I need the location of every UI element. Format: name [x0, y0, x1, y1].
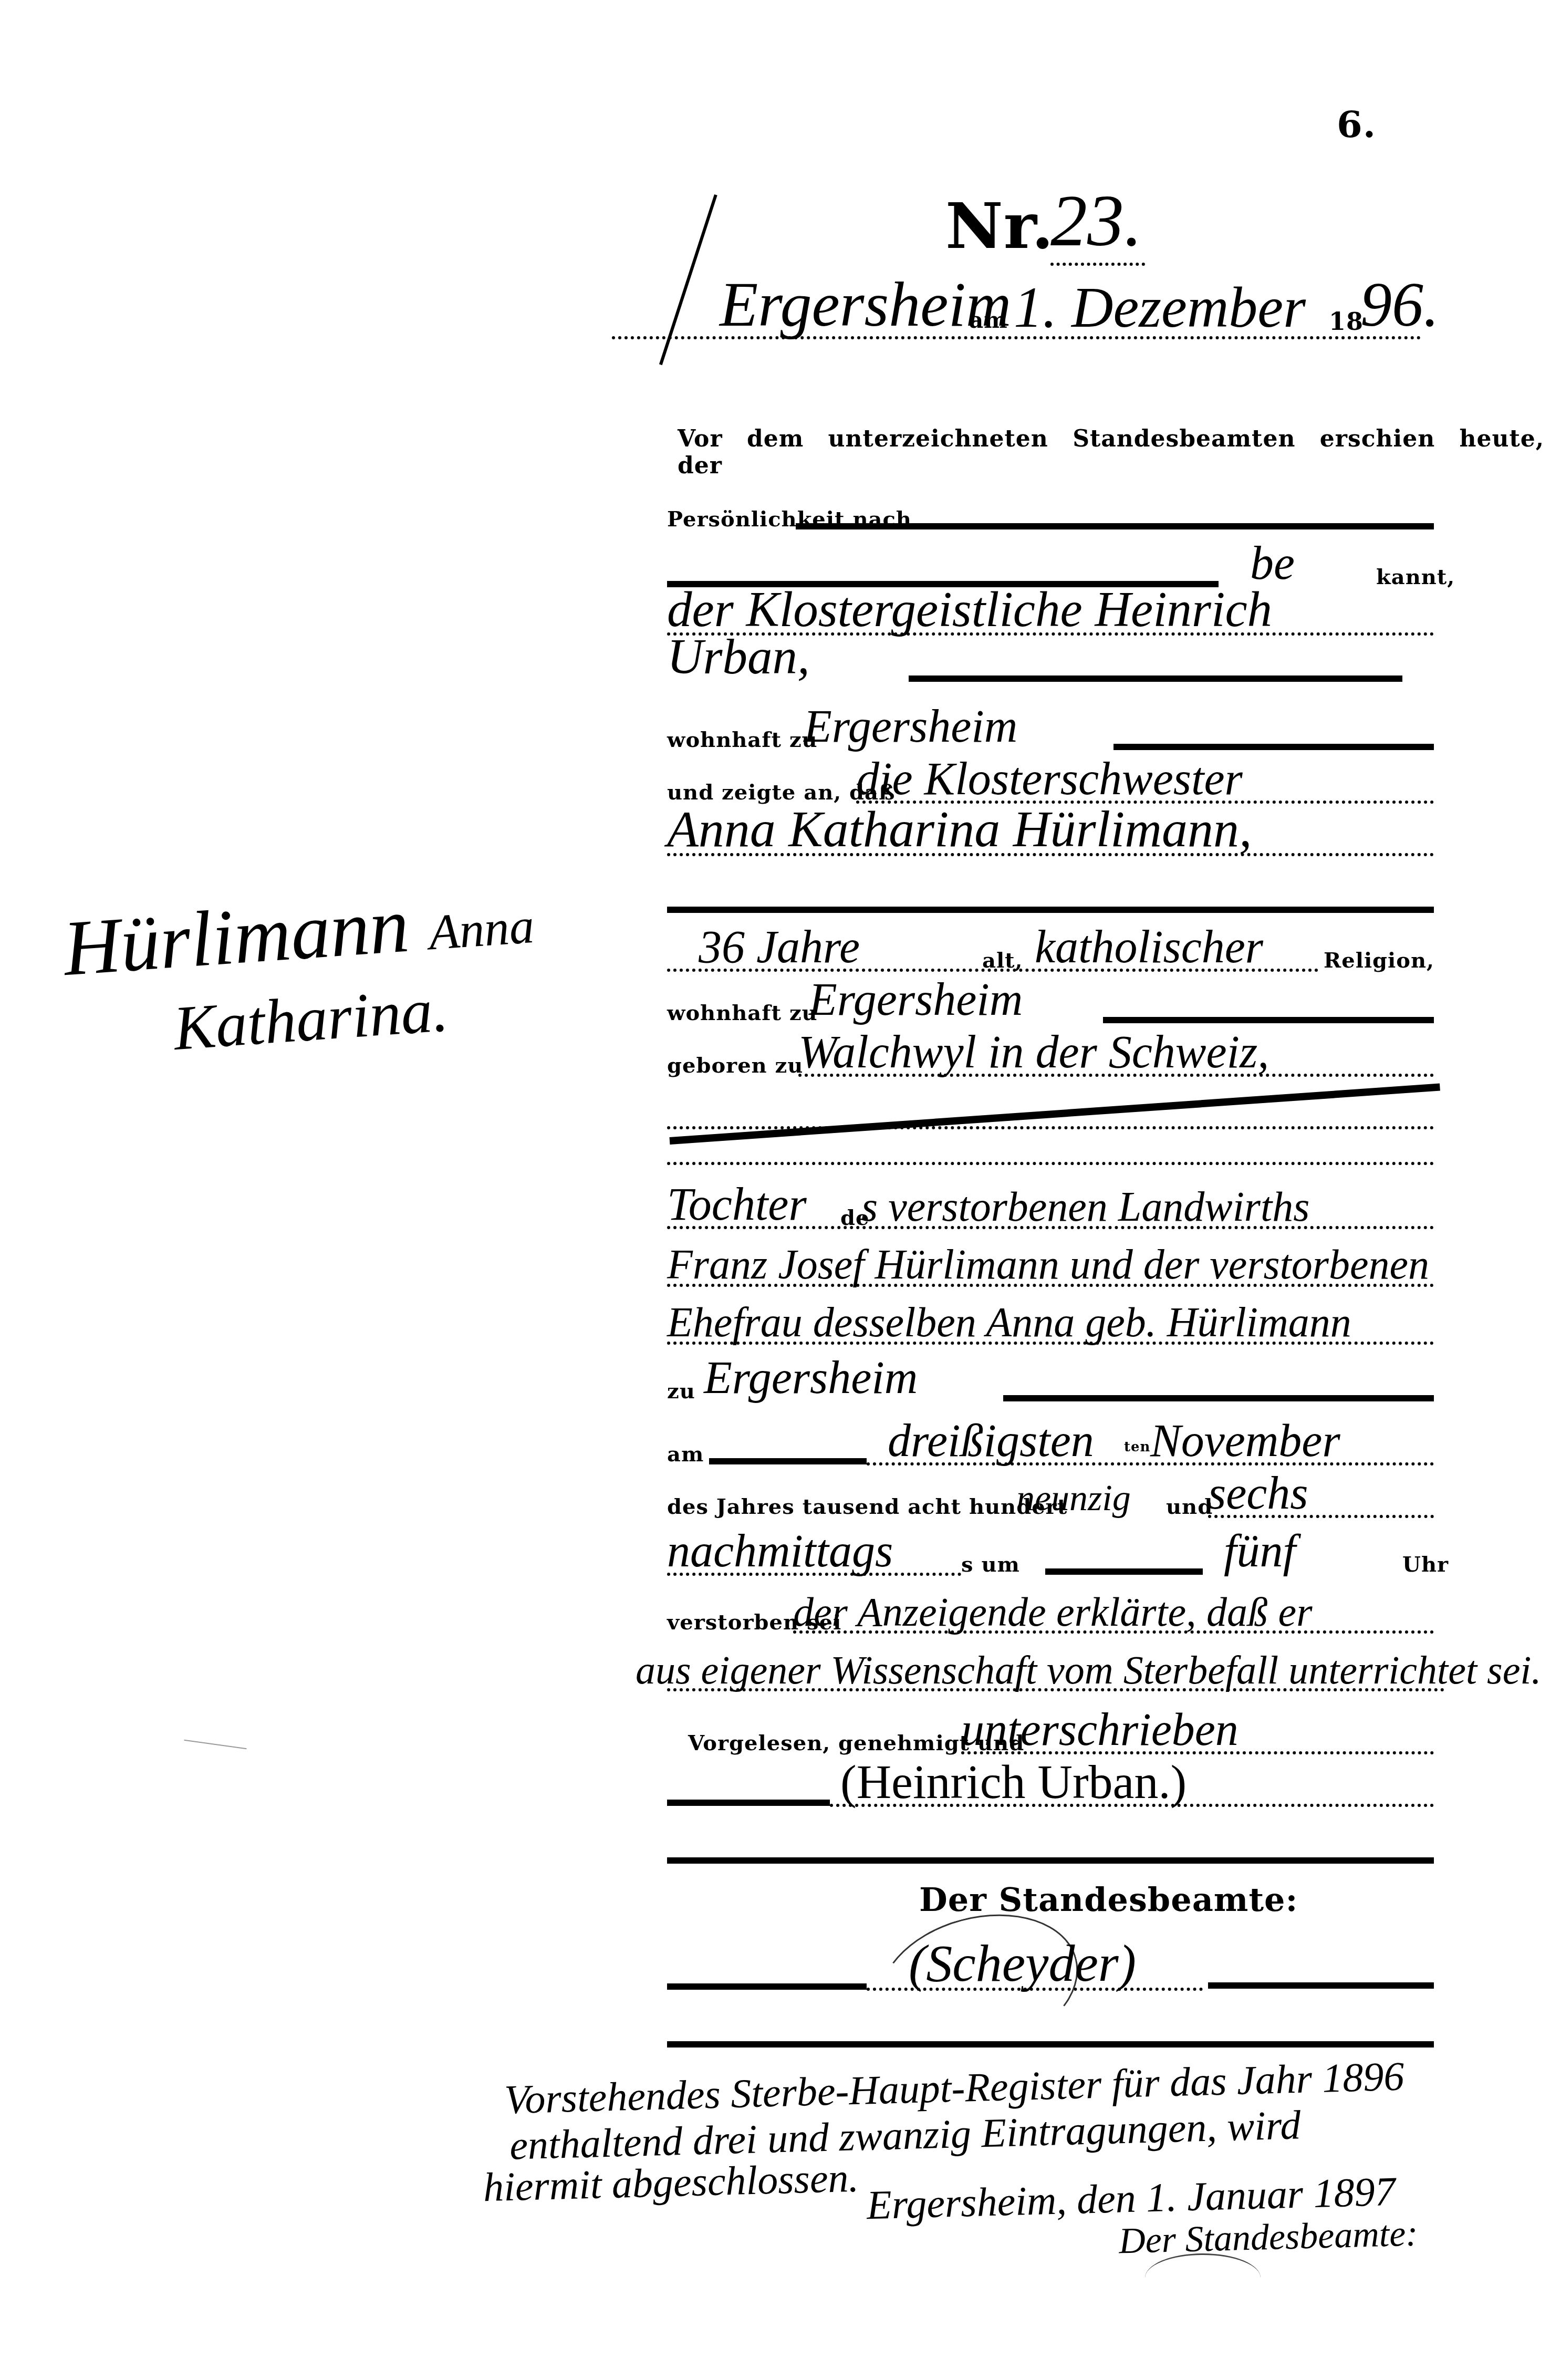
- strike-line: [1045, 1568, 1203, 1575]
- deceased-age: 36 Jahre: [699, 924, 860, 971]
- date-dotted-line: [612, 336, 1421, 339]
- dotted-line: [667, 1162, 1434, 1165]
- informant-line2: Urban,: [667, 632, 810, 682]
- year-label: des Jahres tausend acht hundert: [667, 1494, 1067, 1519]
- death-unit: sechs: [1208, 1471, 1308, 1517]
- parents-line2: Franz Josef Hürlimann und der verstorben…: [667, 1244, 1429, 1286]
- strike-line: [667, 2041, 1434, 2048]
- parents-residence: Ergersheim: [704, 1355, 918, 1401]
- death-hour: fünf: [1224, 1529, 1296, 1575]
- year-suffix: 96.: [1360, 273, 1439, 336]
- informant-signature: (Heinrich Urban.): [840, 1758, 1187, 1806]
- strike-line: [1208, 1982, 1434, 1989]
- closing-value: unterschrieben: [961, 1707, 1239, 1753]
- death-month: November: [1150, 1418, 1340, 1464]
- parents-line1-b: s verstorbenen Landwirths: [861, 1186, 1309, 1228]
- margin-surname-text: Hürlimann: [60, 881, 411, 993]
- record-place: Ergersheim: [720, 273, 1011, 336]
- register-page: 6. Nr. 23. Ergersheim am 1. Dezember 18 …: [0, 0, 1561, 2380]
- closing-note-line5: Der Standesbeamte:: [1118, 2213, 1418, 2263]
- strike-line: [1003, 1395, 1434, 1401]
- parents-line1-a: Tochter: [667, 1182, 807, 1228]
- year-prefix: 18: [1329, 307, 1364, 336]
- strike-line: [667, 1800, 830, 1806]
- intro-text: Vor dem unterzeichneten Standesbeamten e…: [678, 425, 1561, 479]
- deceased-residence: Ergersheim: [809, 977, 1023, 1023]
- religion-value: katholischer: [1035, 924, 1263, 971]
- official-heading: Der Standesbeamte:: [919, 1880, 1298, 1919]
- entry-number-dotted-line: [1050, 263, 1145, 266]
- entry-number-label: Nr.: [945, 189, 1054, 263]
- entry-number: 23.: [1050, 179, 1142, 263]
- closing-signature-mark: [1145, 2253, 1261, 2302]
- death-day: dreißigsten: [888, 1418, 1094, 1464]
- birthplace: Walchwyl in der Schweiz,: [798, 1030, 1269, 1076]
- informant-residence: Ergersheim: [804, 704, 1017, 750]
- page-marker: 6.: [1337, 102, 1376, 146]
- margin-given-2: Katharina.: [171, 978, 450, 1060]
- time-of-day: nachmittags: [667, 1529, 893, 1575]
- strike-line: [667, 907, 1434, 913]
- record-day-month: 1. Dezember: [1014, 278, 1306, 336]
- statement-line1: der Anzeigende erklärte, daß er: [793, 1592, 1312, 1633]
- uhr-label: Uhr: [1402, 1552, 1449, 1577]
- identity-strike-line: [796, 523, 1434, 529]
- margin-given-1: Anna: [427, 898, 536, 961]
- um-label: s um: [961, 1552, 1020, 1577]
- statement-line2: aus eigener Wissenschaft vom Sterbefall …: [636, 1650, 1541, 1690]
- strike-line: [667, 1857, 1434, 1864]
- death-decade: neunzig: [1016, 1480, 1131, 1517]
- official-signature: (Scheyder): [909, 1937, 1136, 1990]
- dotted-line: [667, 1688, 1444, 1691]
- margin-mark: [184, 1740, 246, 1750]
- closing-note-line3: hiermit abgeschlossen.: [483, 2154, 859, 2211]
- strike-line: [667, 1983, 867, 1990]
- am-label: am: [969, 307, 1008, 333]
- declaration-line1: die Klosterschwester: [856, 756, 1243, 803]
- flourish-stroke: [659, 194, 717, 365]
- margin-surname: Hürlimann Anna: [61, 877, 536, 988]
- strike-line: [909, 675, 1402, 682]
- deceased-name: Anna Katharina Hürlimann,: [667, 804, 1252, 855]
- ten-label: ten: [1124, 1439, 1150, 1455]
- parents-residence-label: zu: [667, 1379, 695, 1404]
- parents-line3: Ehefrau desselben Anna geb. Hürlimann: [667, 1302, 1351, 1344]
- und-label: und: [1166, 1494, 1213, 1519]
